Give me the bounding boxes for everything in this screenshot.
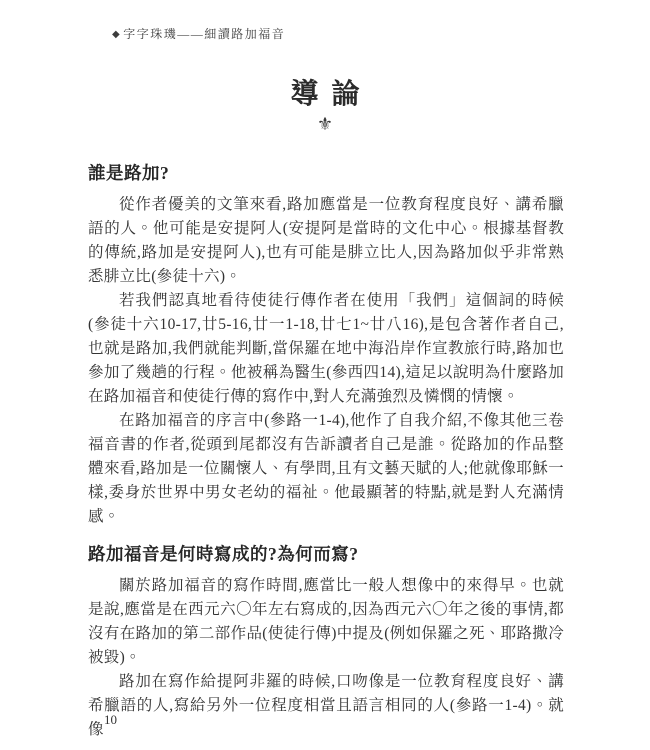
body-paragraph: 路加在寫作給提阿非羅的時候,口吻像是一位教育程度良好、講希臘語的人,寫給另外一位… bbox=[88, 670, 564, 742]
body-paragraph: 在路加福音的序言中(參路一1-4),他作了自我介紹,不像其他三卷福音書的作者,從… bbox=[88, 409, 564, 529]
chapter-title: 導論 bbox=[0, 72, 650, 112]
diamond-icon: ◆ bbox=[112, 29, 121, 40]
body-paragraph: 關於路加福音的寫作時間,應當比一般人想像中的來得早。也就是說,應當是在西元六〇年… bbox=[88, 574, 564, 670]
body-paragraph: 若我們認真地看待使徒行傳作者在使用「我們」這個詞的時候(參徒十六10-17,廿5… bbox=[88, 289, 564, 409]
section-heading: 路加福音是何時寫成的?為何而寫? bbox=[88, 541, 564, 566]
section-when-and-why-written: 路加福音是何時寫成的?為何而寫? 關於路加福音的寫作時間,應當比一般人想像中的來… bbox=[88, 541, 564, 742]
page-content: 誰是路加? 從作者優美的文筆來看,路加應當是一位教育程度良好、講希臘語的人。他可… bbox=[88, 160, 564, 742]
page-number: 10 bbox=[104, 712, 117, 728]
running-header-book-title: 字字珠璣——細讀路加福音 bbox=[123, 27, 285, 41]
section-heading: 誰是路加? bbox=[88, 160, 564, 185]
body-paragraph: 從作者優美的文筆來看,路加應當是一位教育程度良好、講希臘語的人。他可能是安提阿人… bbox=[88, 193, 564, 289]
book-page: ◆字字珠璣——細讀路加福音 導論 ⚜ 誰是路加? 從作者優美的文筆來看,路加應當… bbox=[0, 0, 650, 750]
fleur-de-lis-icon: ⚜ bbox=[0, 114, 650, 136]
section-who-is-luke: 誰是路加? 從作者優美的文筆來看,路加應當是一位教育程度良好、講希臘語的人。他可… bbox=[88, 160, 564, 529]
running-header: ◆字字珠璣——細讀路加福音 bbox=[112, 25, 285, 42]
